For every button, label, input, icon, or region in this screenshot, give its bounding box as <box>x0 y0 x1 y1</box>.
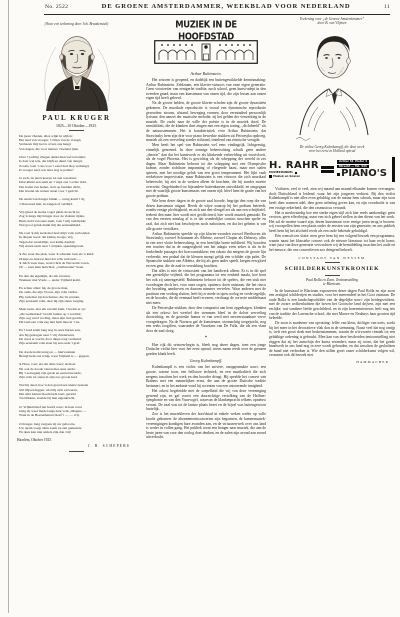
article-paragraph: Wie hem dezer dagen in de groote zaal ho… <box>146 199 266 231</box>
ad-left-block: H. RAHR MUZIEKHANDEL Muziek en Snaren <box>269 161 319 178</box>
art-critic-signature: HAMMACHER <box>269 360 389 364</box>
divider <box>325 262 340 263</box>
article-paragraph: Men heeft het spel van Rubinstein wel ee… <box>146 143 266 198</box>
article-paragraph: De Petroesjka-stukken, door den componis… <box>146 306 266 334</box>
music-critic-signature: CONSTANT VAN WESSEM <box>269 256 395 260</box>
poem-stanza: Nu voel 'k mij sterk met heel mijn volk … <box>19 231 140 248</box>
ad-edge-bar <box>392 157 395 182</box>
poem-stanza: En 't leed komt lang nog in onze harten … <box>19 328 140 345</box>
poem-stanza: De jaren vlieden, alles wijkt in wijlen;… <box>19 134 140 151</box>
left-column: (Naar een teekening door Joh. Braakensie… <box>13 22 140 454</box>
poem-author-signature: J. B. SCHEPERS <box>13 444 130 448</box>
poem-stanza: De naam van Kruger klinkt — terug komt '… <box>19 197 140 206</box>
music-section-masthead: MUZIEK IN DE HOOFDSTAD <box>153 18 259 64</box>
article-paragraph: Kulenkampff is een violist van het zuive… <box>146 365 266 388</box>
article-paragraph: Hoe rijk dit seizoen-begin is, bleek nog… <box>146 343 266 357</box>
article-paragraph: Het seizoen is geopend, en dadelijk een … <box>146 78 266 101</box>
article-title: Arthur Rubinstein. <box>146 71 266 76</box>
poem-stanza: Maar neen, niet elk verstiet hem, 't kwa… <box>19 307 140 324</box>
article-paragraph: De zoon is moderner van opvatting: felle… <box>269 321 395 358</box>
ad-right-block: Achter St. Pieter 4 Utrecht — Tel. 443 P… <box>337 160 387 179</box>
music-section-title: MUZIEK IN DE HOOFDSTAD <box>153 18 259 42</box>
article-paragraph: Eén wensch ten slotte: men geve hem bij … <box>269 234 395 252</box>
poem-stanza: Ja toch, de jaren keeren tot een weerzie… <box>19 176 140 193</box>
poem-stanza: O Kruger, lang vergaan zij uw geboorte, … <box>19 422 140 435</box>
article-paragraph: Zoo is het muziekleven der hoofdstad in … <box>146 412 266 440</box>
divider <box>325 275 340 276</box>
art-chronicle-body: In de kunstzaal te Blaricum exposeeren d… <box>269 289 395 358</box>
article-paragraph: Arthur Rubinstein speelde op zijn klavie… <box>146 232 266 269</box>
divider <box>69 130 84 131</box>
header-rule <box>44 14 390 15</box>
masthead-ornament <box>154 40 258 64</box>
article-paragraph: Het is merkwaardig hoe een sterke eigen … <box>269 211 395 234</box>
kruger-portrait-illustration <box>34 27 120 111</box>
ad-product-line: PIANO'S <box>337 169 387 179</box>
art-chronicle-subtitle: Paul Rolla en Zoon. Tentoonstelling te B… <box>269 278 395 287</box>
poem-stanza: En achter allen: hij, de groote man, De … <box>19 286 140 303</box>
poem-stanza: 'k Hoor, voel, zie dat alles weer; ik mo… <box>19 362 140 379</box>
ad-subline-2: Muziek en Snaren <box>269 175 300 179</box>
music-article-continuation: Violisten, veel te veel, zien wij maand … <box>269 187 395 252</box>
poem-stanza: 'k Zie weer die plek, waar 'k schreide t… <box>19 252 140 269</box>
section-separator: * <box>146 336 266 341</box>
article-subheading: Georg Kulenkampff. <box>146 358 266 363</box>
poem-stanza: Wat hij deed, hoe 'n den grond een nieuw… <box>19 383 140 400</box>
poem-stanza: Vrij gleed de sterke vogel ginds de luch… <box>19 210 140 227</box>
article-paragraph: Het orkest begeleidde met de soepelheid … <box>146 389 266 412</box>
middle-column: MUZIEK IN DE HOOFDSTAD Arthur Rubinstei <box>146 18 266 440</box>
poem: De jaren vlieden, alles wijkt in wijlen;… <box>19 134 140 435</box>
article-paragraph: Na de groote helden, de groote klavier-s… <box>146 101 266 142</box>
article-body-part1: Het seizoen is geopend, en dadelijk een … <box>146 78 266 334</box>
article-paragraph: In de kunstzaal te Blaricum exposeeren d… <box>269 289 395 321</box>
poem-stanza: De doode komt terug en — hiervandaan Bre… <box>19 350 140 359</box>
page-header: No. 2522 DE GROENE AMSTERDAMMER, WEEKBLA… <box>45 3 390 10</box>
right-column: Teekening voor „de Groene Amsterdammer” … <box>269 17 395 364</box>
poem-signoff-place: Haarlem, Oktober 1925. <box>17 438 140 442</box>
portrait-attribution: (Naar een teekening door Joh. Braakensie… <box>13 22 140 26</box>
issue-number: No. 2522 <box>45 4 68 10</box>
poem-stanza: En dan dat eigenlijk, als elk verstaat, … <box>19 274 140 283</box>
poem-stanza: Over 't jachtig vliegen denkt men wel te… <box>19 155 140 172</box>
ad-divider-bars <box>321 166 334 173</box>
drawing-attribution: Teekening voor „de Groene Amsterdammer” … <box>269 17 395 26</box>
violinist-portrait-illustration <box>282 27 382 145</box>
rahr-piano-advertisement: H. RAHR MUZIEKHANDEL Muziek en Snaren Ac… <box>269 157 395 182</box>
poem-title: PAUL KRUGER <box>13 114 140 122</box>
black-square-icon <box>337 173 340 176</box>
poem-dates: 1825—10 Oktober—1925. <box>13 124 140 128</box>
article-paragraph: Violisten, veel te veel, zien wij maand … <box>269 187 395 210</box>
divider <box>69 451 84 452</box>
newspaper-title: DE GROENE AMSTERDAMMER, WEEKBLAD VOOR NE… <box>102 3 351 10</box>
poem-stanza: O, Vrijheid hief het hoofd weer: in haar… <box>19 405 140 418</box>
ad-subline-text: Muziek en Snaren <box>273 175 300 179</box>
page-number: 11 <box>384 4 390 10</box>
art-chronicle-title: SCHILDERKUNSTKRONIEK <box>269 266 395 272</box>
page-edge-line <box>8 0 9 613</box>
portrait-caption: De violist Georg Kulenkampff, die deze w… <box>269 145 395 154</box>
black-square-icon <box>269 175 272 178</box>
article-body-part2: Kulenkampff is een violist van het zuive… <box>146 365 266 440</box>
ad-product-text: PIANO'S <box>341 169 387 179</box>
article-paragraph: Dat alles is niet de virtuositeit van he… <box>146 269 266 306</box>
newspaper-page: No. 2522 DE GROENE AMSTERDAMMER, WEEKBLA… <box>0 0 400 617</box>
